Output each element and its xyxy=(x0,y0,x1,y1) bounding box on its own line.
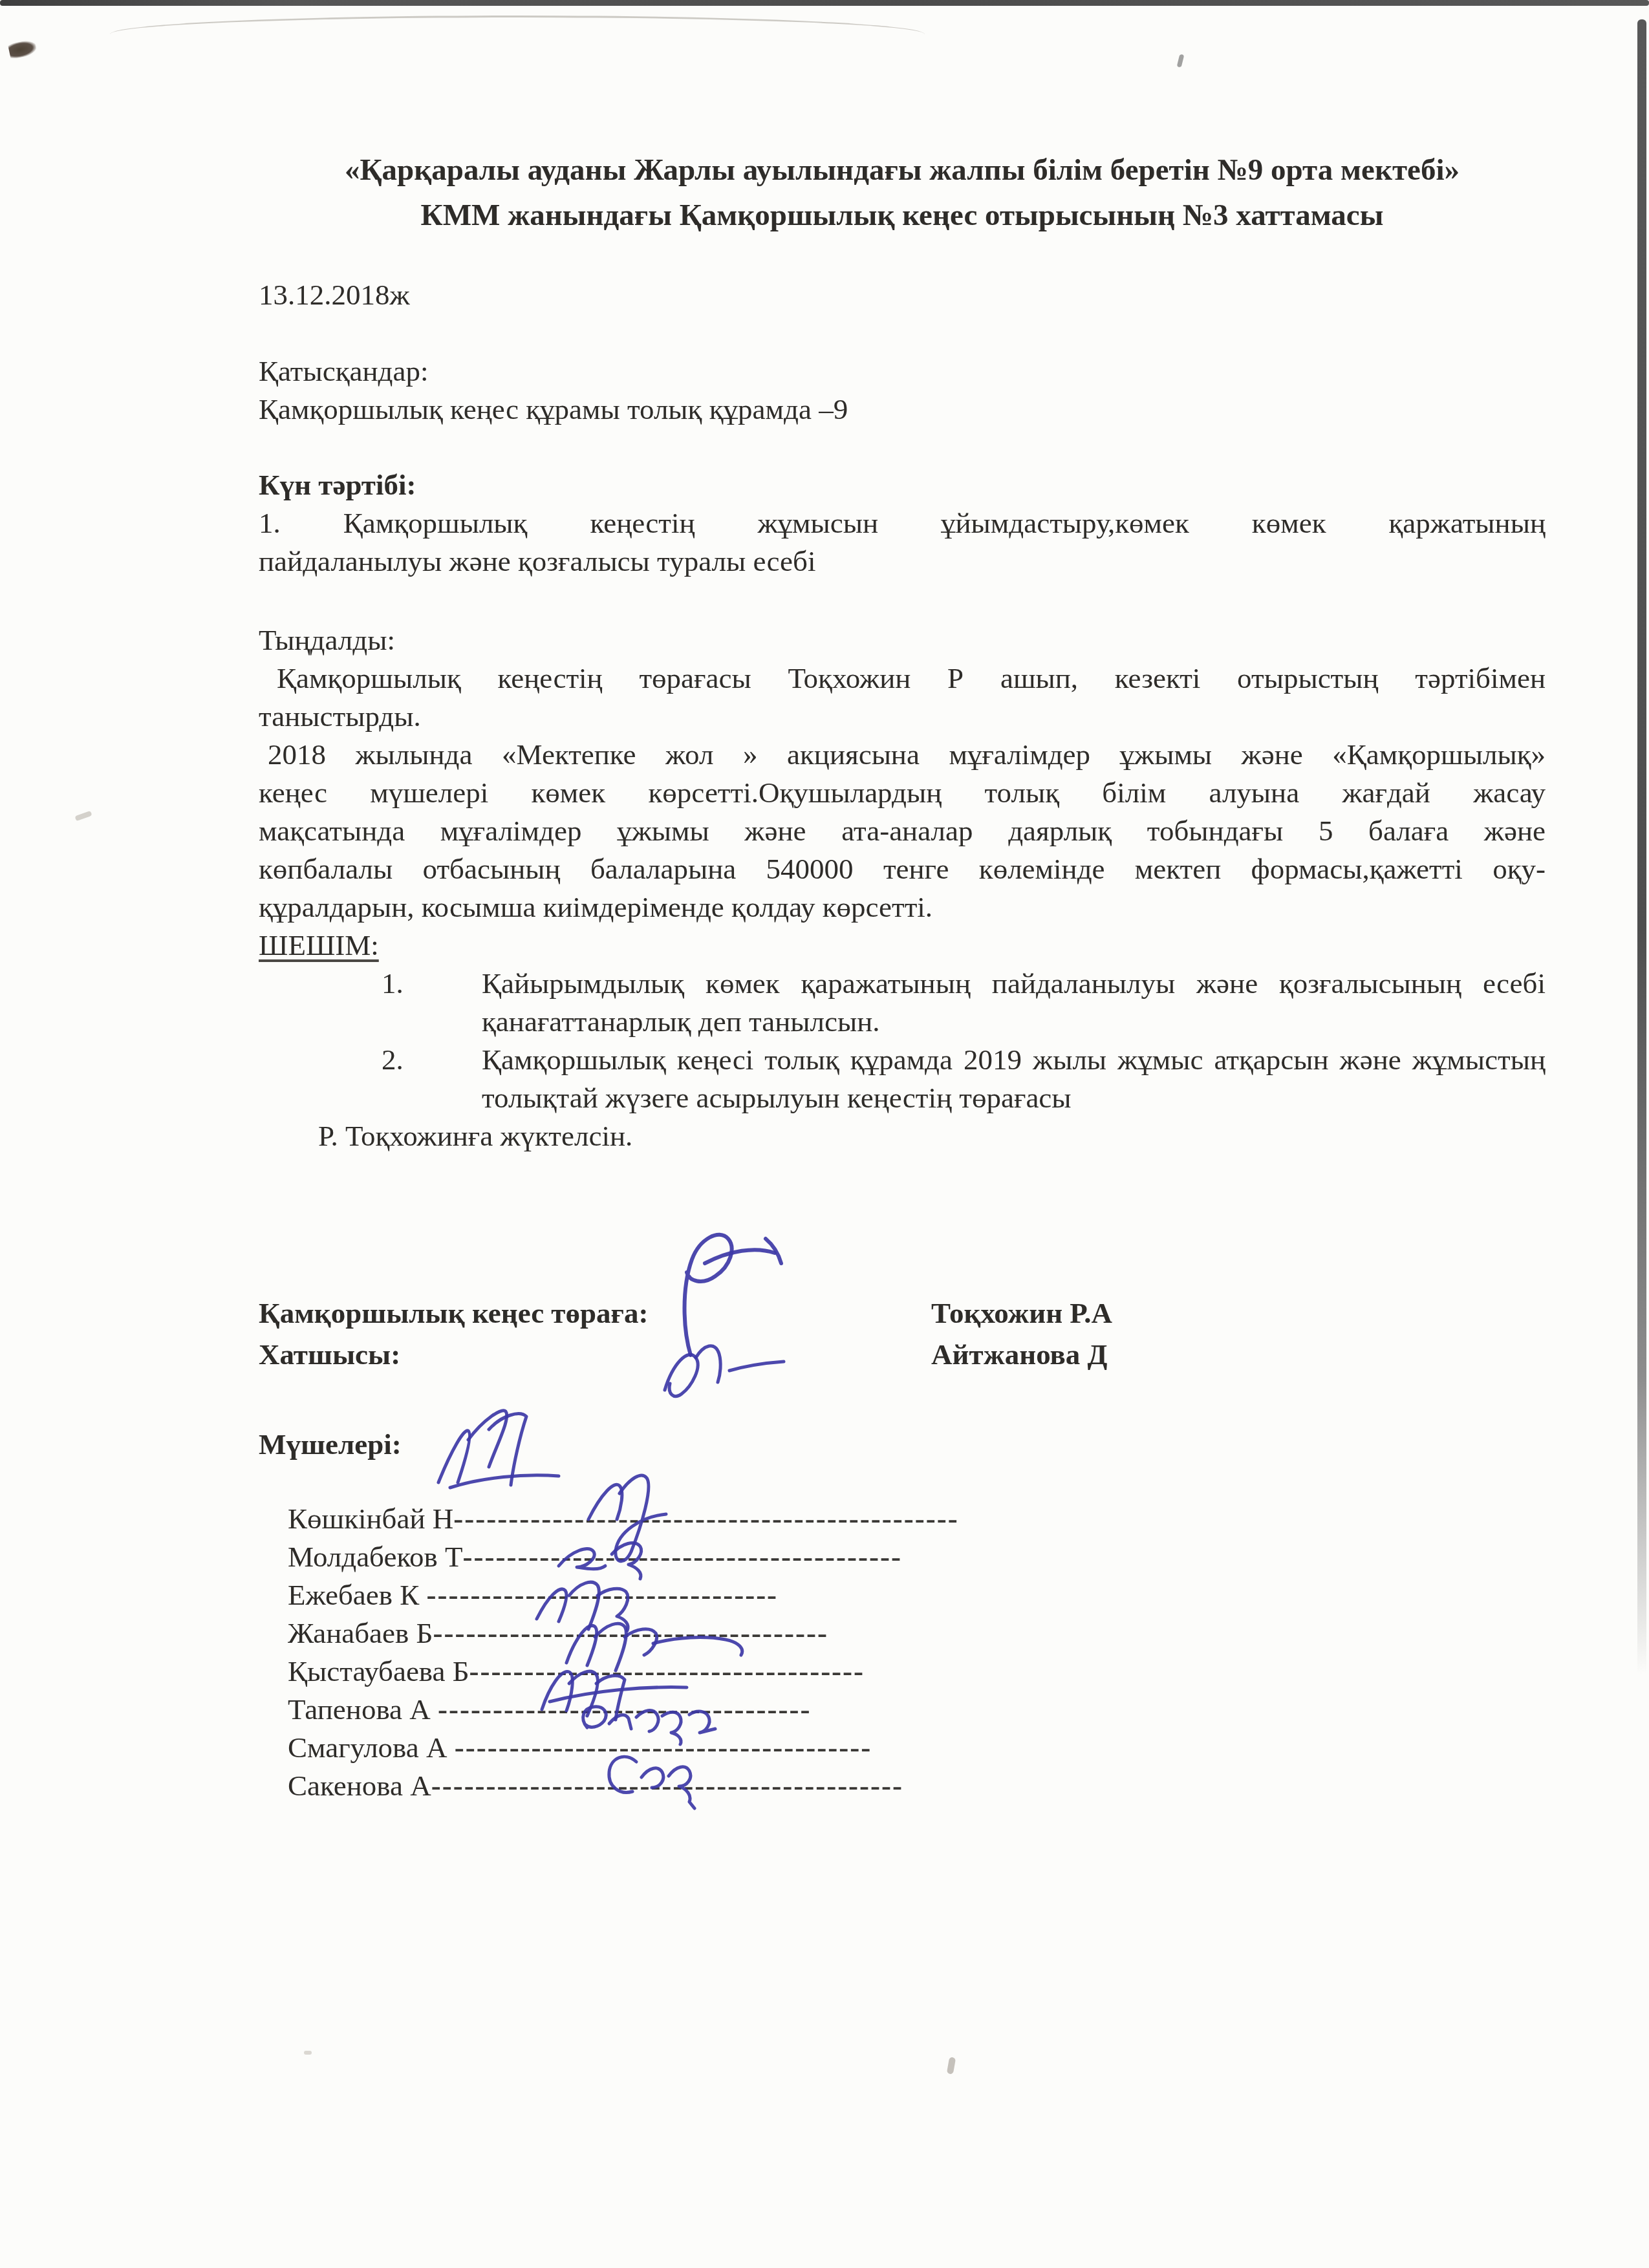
agenda-item-line-1: 1. Қамқоршылық кеңестің жұмысын ұйымдаст… xyxy=(259,504,1546,542)
scan-speck xyxy=(1177,54,1185,67)
member-name: Сакенова А xyxy=(288,1770,431,1802)
decision-heading: ШЕШІМ: xyxy=(259,926,1546,965)
secretary-handwritten-signature xyxy=(651,1318,832,1415)
scanner-arc-artifact xyxy=(110,16,925,34)
date-block: 13.12.2018ж xyxy=(259,276,1546,314)
member-row-8: Сакенова А------------------------------… xyxy=(259,1729,1546,1843)
scanner-edge-right xyxy=(1637,19,1646,1674)
document-date: 13.12.2018ж xyxy=(259,276,1546,314)
title-line-1: «Қарқаралы ауданы Жарлы ауылындағы жалпы… xyxy=(259,147,1546,193)
attendees-value: Қамқоршылық кеңес құрамы толық құрамда –… xyxy=(259,390,1546,429)
secretary-name: Айтжанова Д xyxy=(931,1338,1108,1371)
decision-item-2-line-2: толықтай жүзеге асырылуын кеңестің төрағ… xyxy=(482,1079,1546,1117)
attendees-block: Қатысқандар: Қамқоршылық кеңес құрамы то… xyxy=(259,352,1546,429)
decision-item-2: 2. Қамқоршылық кеңесі толық құрамда 2019… xyxy=(259,1041,1546,1079)
heard-heading: Тыңдалды: xyxy=(259,621,1546,659)
decision-item-2-cont: толықтай жүзеге асырылуын кеңестің төрағ… xyxy=(259,1079,1546,1117)
chair-label: Қамқоршылық кеңес төраға: xyxy=(259,1297,648,1329)
heard-line-6: көпбалалы отбасының балаларына 540000 те… xyxy=(259,850,1546,888)
secretary-label: Хатшысы: xyxy=(259,1338,400,1371)
chair-name-block: Тоқхожин Р.А xyxy=(931,1293,1112,1333)
scan-speck xyxy=(304,2051,312,2055)
heard-line-1: Қамқоршылық кеңестің төрағасы Тоқхожин Р… xyxy=(259,659,1546,698)
heard-block: Тыңдалды: Қамқоршылық кеңестің төрағасы … xyxy=(259,621,1546,1155)
scanner-edge-top xyxy=(0,0,1649,6)
scan-speck xyxy=(8,39,38,59)
secretary-name-block: Айтжанова Д xyxy=(931,1334,1108,1375)
decision-item-2-line-1: Қамқоршылық кеңесі толық құрамда 2019 жы… xyxy=(482,1041,1546,1079)
decision-item-2-number: 2. xyxy=(259,1041,482,1079)
decision-item-1-line-2: қанағаттанарлық деп танылсын. xyxy=(482,1003,1546,1041)
decision-item-1-number: 1. xyxy=(259,965,482,1003)
secretary-signature-row: Хатшысы: xyxy=(259,1334,400,1375)
heard-line-5: мақсатында мұғалімдер ұжымы және ата-ана… xyxy=(259,812,1546,850)
chair-signature-row: Қамқоршылық кеңес төраға: xyxy=(259,1293,648,1333)
decision-item-1-cont: қанағаттанарлық деп танылсын. xyxy=(259,1003,1546,1041)
document-title: «Қарқаралы ауданы Жарлы ауылындағы жалпы… xyxy=(259,147,1546,238)
scanned-protocol-page: «Қарқаралы ауданы Жарлы ауылындағы жалпы… xyxy=(0,0,1649,2268)
decision-assignee-line: Р. Тоқхожинға жүктелсін. xyxy=(259,1117,1546,1155)
heard-line-2: таныстырды. xyxy=(259,698,1546,736)
member-8-handwritten-signature xyxy=(595,1729,776,1813)
agenda-block: Күн тәртібі: 1. Қамқоршылық кеңестің жұм… xyxy=(259,466,1546,581)
heard-line-4: кеңес мүшелері көмек көрсетті.Оқушыларды… xyxy=(259,774,1546,812)
decision-item-1-line-1: Қайырымдылық көмек қаражатының пайдаланы… xyxy=(482,965,1546,1003)
agenda-item-line-2: пайдаланылуы және қозғалысы туралы есебі xyxy=(259,542,1546,581)
scan-speck xyxy=(947,2057,956,2074)
attendees-label: Қатысқандар: xyxy=(259,352,1546,390)
agenda-heading: Күн тәртібі: xyxy=(259,466,1546,504)
scan-speck xyxy=(74,811,92,821)
heard-line-7: құралдарын, косымша киімдеріменде қолдау… xyxy=(259,888,1546,926)
heard-line-3: 2018 жылында «Мектепке жол » акциясына м… xyxy=(259,736,1546,774)
title-line-2: КММ жанындағы Қамқоршылық кеңес отырысын… xyxy=(259,193,1546,238)
decision-item-1: 1. Қайырымдылық көмек қаражатының пайдал… xyxy=(259,965,1546,1003)
chair-name: Тоқхожин Р.А xyxy=(931,1297,1112,1329)
